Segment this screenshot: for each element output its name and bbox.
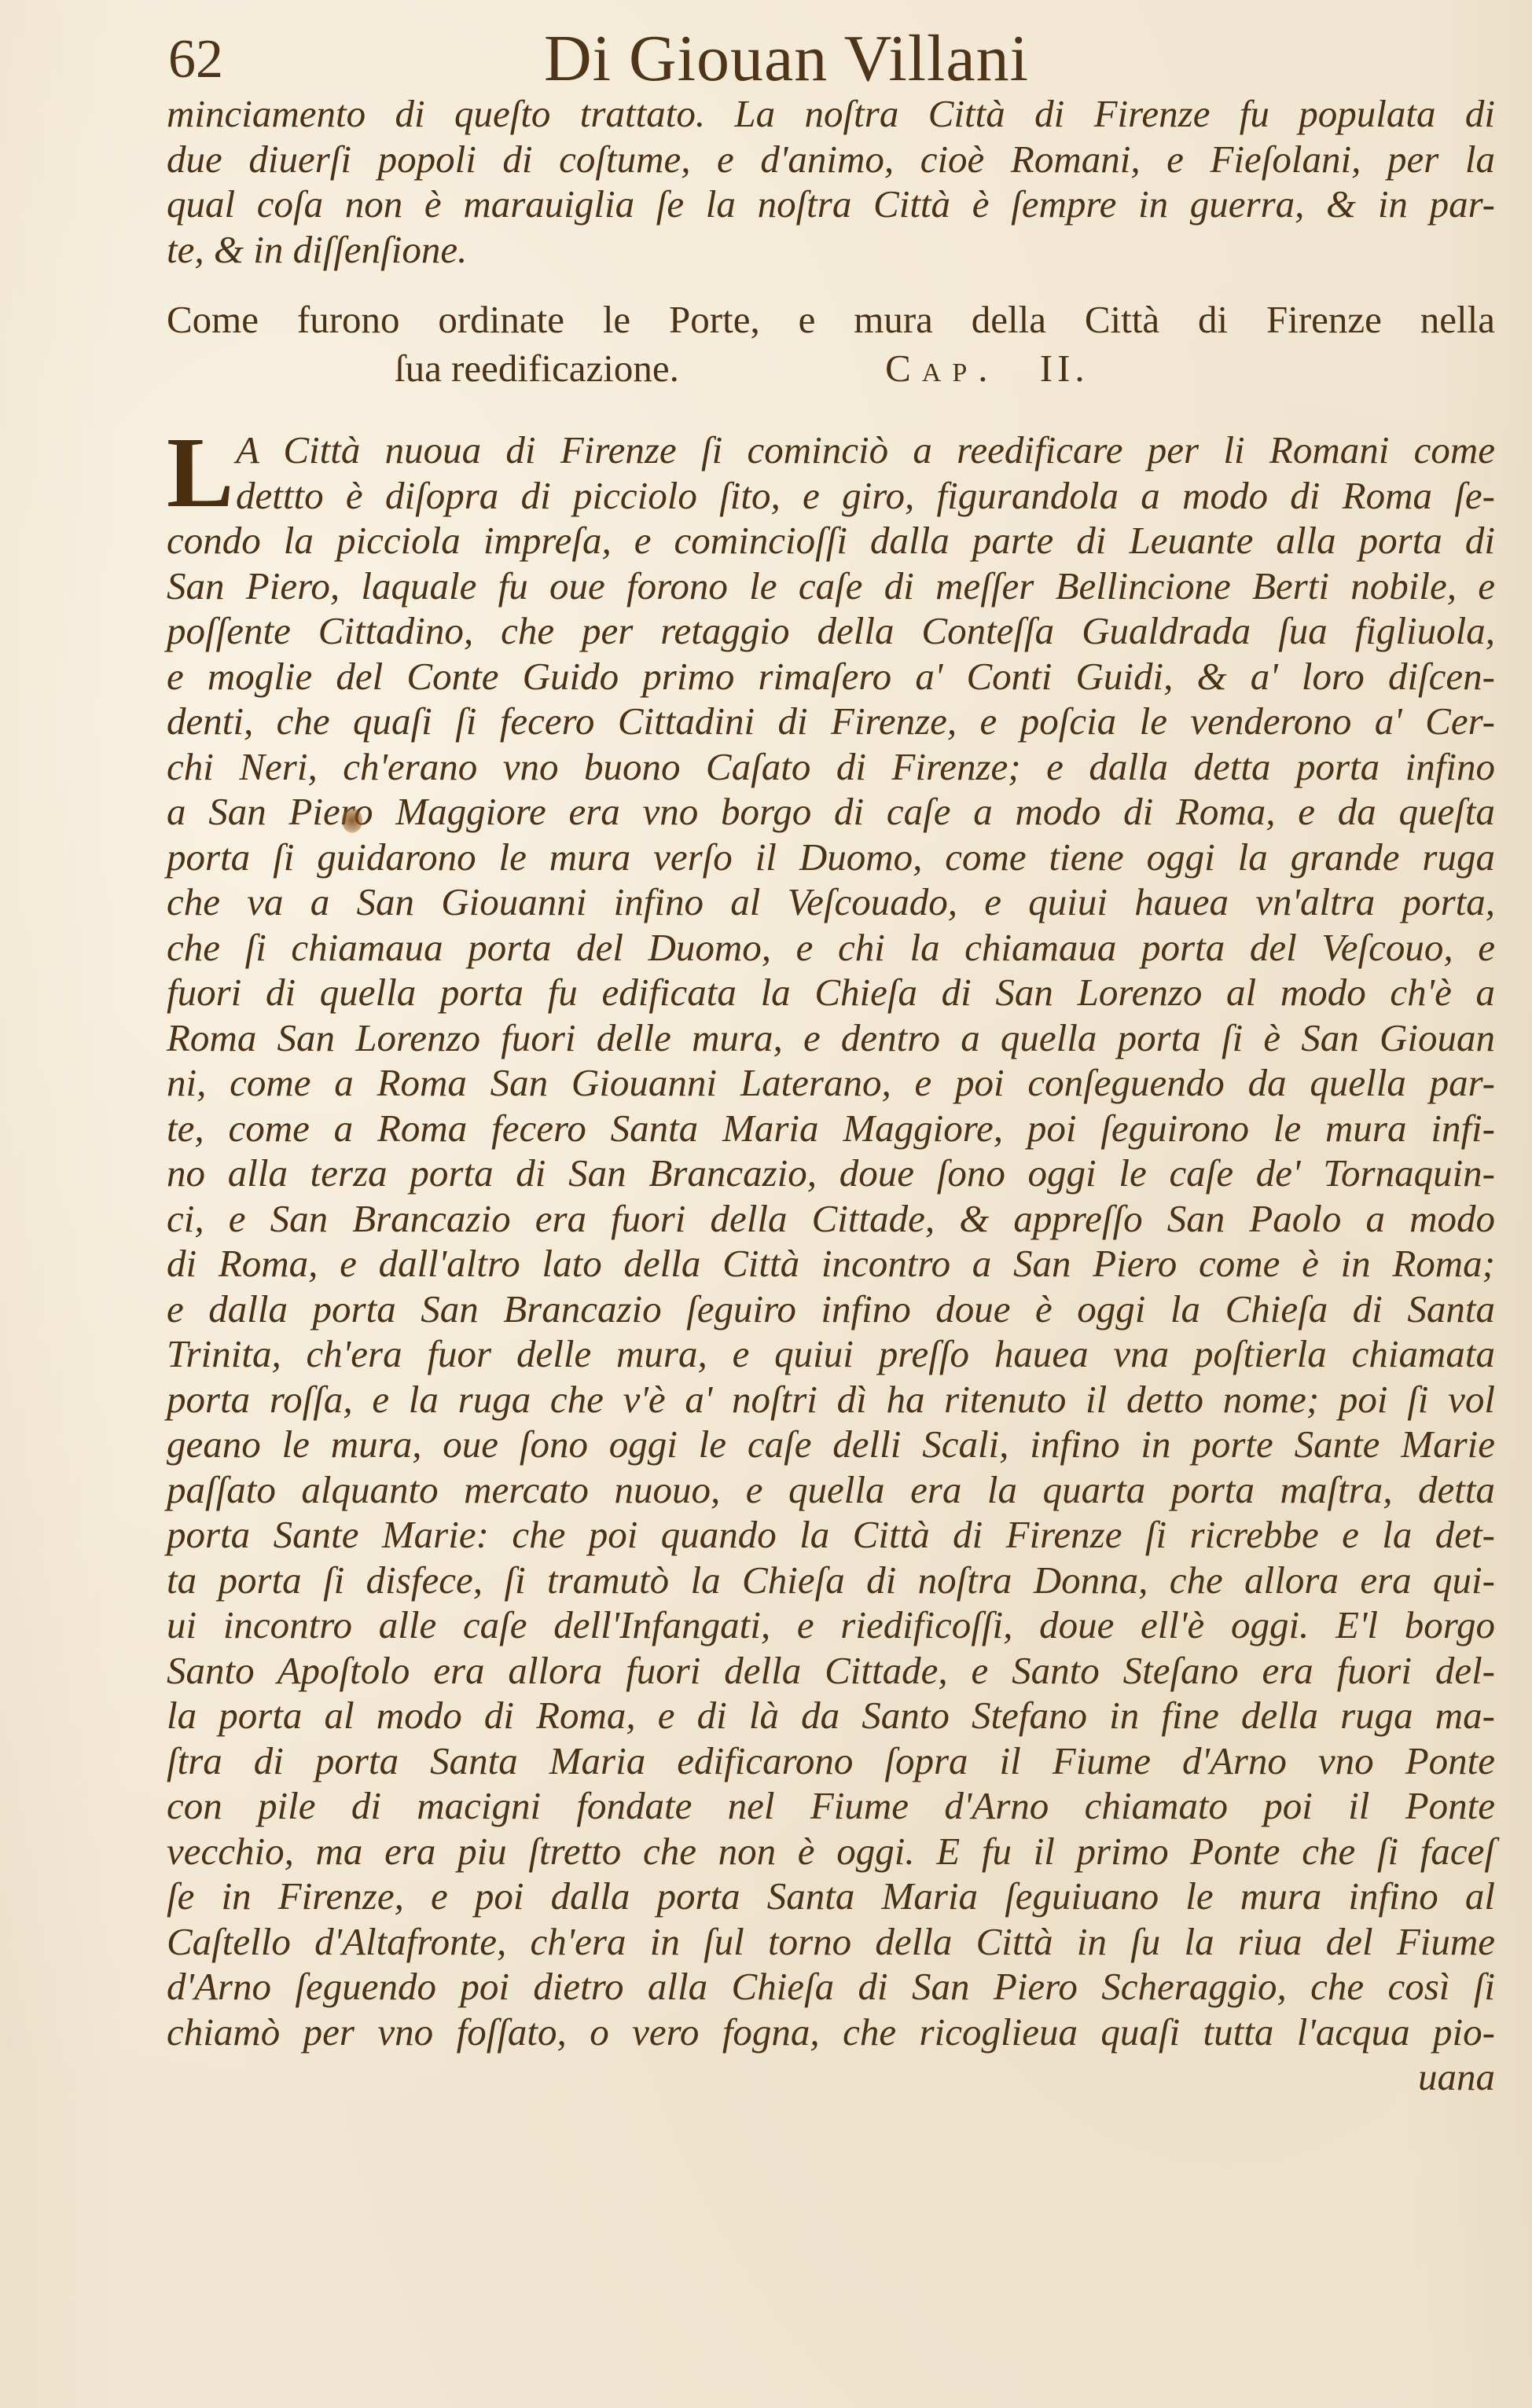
- text-line: paſſato alquanto mercato nuouo, e quella…: [167, 1467, 1495, 1513]
- text-line: chi Neri, ch'erano vno buono Caſato di F…: [167, 744, 1495, 790]
- text-line: due diuerſi popoli di coſtume, e d'animo…: [167, 137, 1495, 182]
- chapter-title-line-1: Come furono ordinate le Porte, e mura de…: [167, 295, 1495, 344]
- text-line: vecchio, ma era piu ſtretto che non è og…: [167, 1829, 1495, 1874]
- text-line: no alla terza porta di San Brancazio, do…: [167, 1151, 1495, 1196]
- chapter-title-line-2: ſua reedificazione. Cap. II.: [167, 344, 1495, 393]
- text-line: ni, come a Roma San Giouanni Laterano, e…: [167, 1060, 1495, 1106]
- chapter-title-continuation: ſua reedificazione.: [395, 347, 679, 390]
- chapter-heading: Come furono ordinate le Porte, e mura de…: [167, 295, 1495, 393]
- text-line: che ſi chiamaua porta del Duomo, e chi l…: [167, 925, 1495, 971]
- catchword: uana: [167, 2054, 1495, 2100]
- text-line: qual coſa non è marauiglia ſe la noſtra …: [167, 182, 1495, 227]
- text-line: poſſente Cittadino, che per retaggio del…: [167, 608, 1495, 654]
- text-line: geano le mura, oue ſono oggi le caſe del…: [167, 1422, 1495, 1467]
- text-line: Santo Apoſtolo era allora fuori della Ci…: [167, 1648, 1495, 1694]
- text-line: ui incontro alle caſe dell'Infangati, e …: [167, 1602, 1495, 1648]
- text-line: condo la picciola impreſa, e comincioſſi…: [167, 518, 1495, 563]
- drop-cap-initial: L: [167, 429, 233, 516]
- text-line: la porta al modo di Roma, e di là da San…: [167, 1693, 1495, 1738]
- ink-stain: [342, 808, 362, 833]
- running-head: 62 Di Giouan Villani: [167, 24, 1495, 86]
- text-line: te, come a Roma fecero Santa Maria Maggi…: [167, 1106, 1495, 1151]
- text-line: ci, e San Brancazio era fuori della Citt…: [167, 1196, 1495, 1242]
- chapter-number: II.: [1040, 344, 1089, 393]
- text-line: e moglie del Conte Guido primo rimaſero …: [167, 654, 1495, 699]
- text-line: porta Sante Marie: che poi quando la Cit…: [167, 1512, 1495, 1558]
- text-line: Caſtello d'Altafronte, ch'era in ſul tor…: [167, 1919, 1495, 1965]
- chapter-label: Cap.: [885, 344, 998, 393]
- text-line: d'Arno ſeguendo poi dietro alla Chieſa d…: [167, 1964, 1495, 2010]
- text-line: porta roſſa, e la ruga che v'è a' noſtri…: [167, 1377, 1495, 1422]
- chapter-body: L A Città nuoua di Firenze ſi cominciò a…: [167, 428, 1495, 2100]
- preceding-chapter-text: minciamento di queſto trattato. La noſtr…: [167, 91, 1495, 272]
- text-line: ſe in Firenze, e poi dalla porta Santa M…: [167, 1874, 1495, 1919]
- text-line: con pile di macigni fondate nel Fiume d'…: [167, 1783, 1495, 1829]
- text-line: San Piero, laquale fu oue forono le caſe…: [167, 563, 1495, 609]
- text-line: che va a San Giouanni infino al Veſcouad…: [167, 879, 1495, 925]
- text-line: a San Piero Maggiore era vno borgo di ca…: [167, 789, 1495, 835]
- text-line: A Città nuoua di Firenze ſi cominciò a r…: [167, 428, 1495, 473]
- text-line: Roma San Lorenzo fuori delle mura, e den…: [167, 1015, 1495, 1061]
- text-line: fuori di quella porta fu edificata la Ch…: [167, 970, 1495, 1015]
- running-title: Di Giouan Villani: [544, 24, 1029, 94]
- text-line: e dalla porta San Brancazio ſeguiro infi…: [167, 1287, 1495, 1332]
- book-page: 62 Di Giouan Villani minciamento di queſ…: [167, 24, 1495, 2100]
- text-line: denti, che quaſi ſi fecero Cittadini di …: [167, 699, 1495, 744]
- text-line: di Roma, e dall'altro lato della Città i…: [167, 1241, 1495, 1287]
- text-line: chiamò per vno foſſato, o vero fogna, ch…: [167, 2010, 1495, 2055]
- text-line: Trinita, ch'era fuor delle mura, e quiui…: [167, 1331, 1495, 1377]
- text-line: minciamento di queſto trattato. La noſtr…: [167, 91, 1495, 137]
- text-line: dettto è diſopra di picciolo ſito, e gir…: [167, 473, 1495, 519]
- text-line: ſtra di porta Santa Maria edificarono ſo…: [167, 1738, 1495, 1784]
- page-number: 62: [168, 28, 223, 91]
- text-line: porta ſi guidarono le mura verſo il Duom…: [167, 835, 1495, 880]
- text-line: ta porta ſi disfece, ſi tramutò la Chieſ…: [167, 1558, 1495, 1603]
- text-line: te, & in diſſenſione.: [167, 227, 1495, 273]
